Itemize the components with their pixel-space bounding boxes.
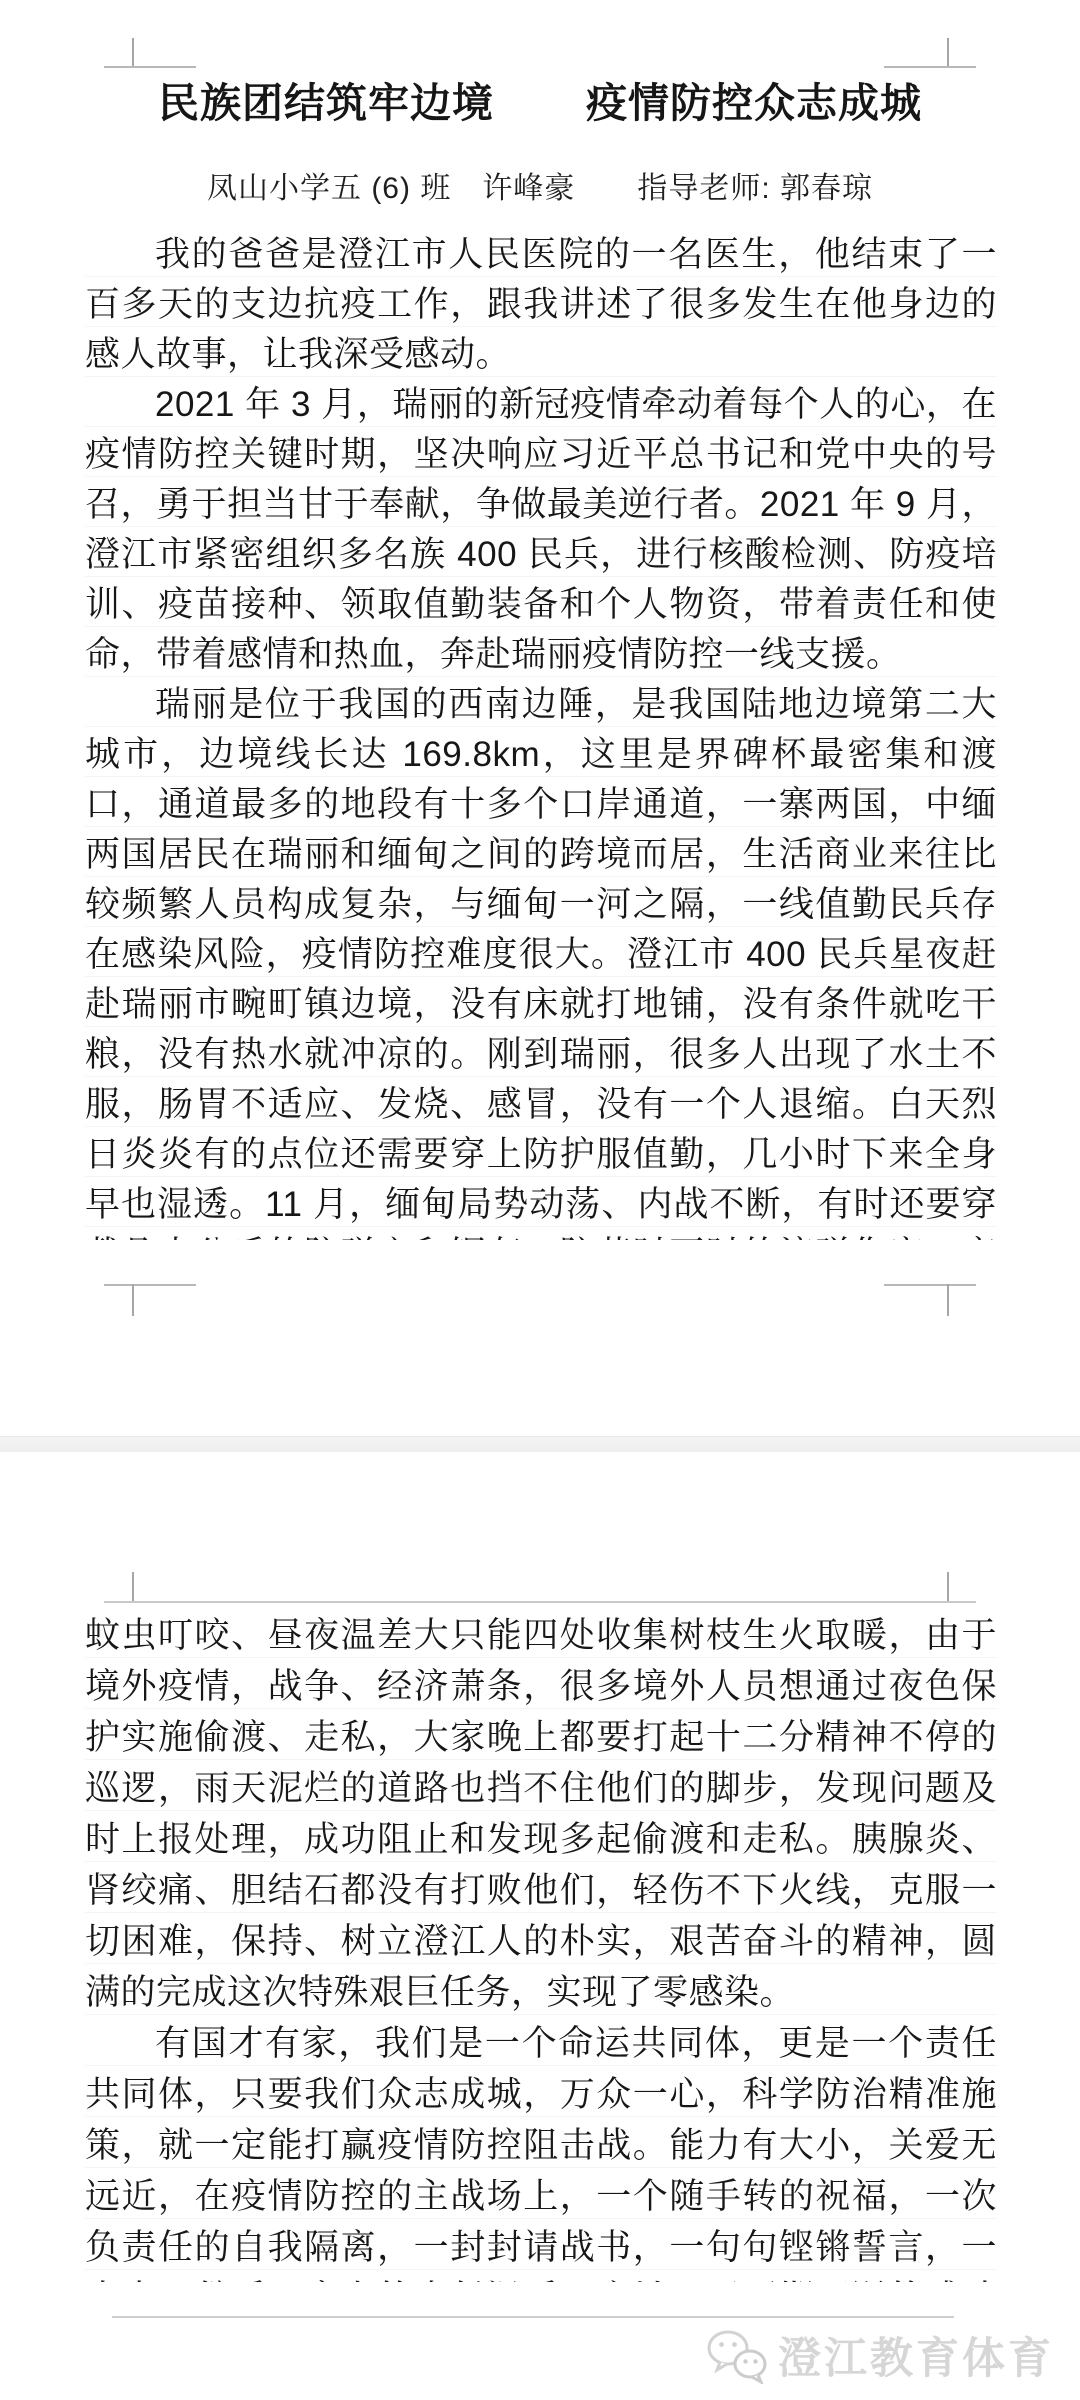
crop-mark-bottom-left-vertical (132, 1284, 134, 1316)
paragraph-5: 有国才有家，我们是一个命运共同体，更是一个责任共同体，只要我们众志成城，万众一心… (85, 2018, 997, 2282)
page2-bottom-margin-rule (112, 2316, 954, 2318)
photo-seam-band (0, 1436, 1080, 1452)
crop-mark-bottom-right-horizontal (884, 1284, 976, 1286)
paragraph-4: 蚊虫叮咬、昼夜温差大只能四处收集树枝生火取暖，由于境外疫情，战争、经济萧条，很多… (85, 1610, 997, 2018)
crop-mark-bottom-right-vertical (947, 1284, 949, 1316)
paragraph-1: 我的爸爸是澄江市人民医院的一名医生，他结束了一百多天的支边抗疫工作，跟我讲述了很… (85, 230, 997, 380)
page2-top-margin-rule (104, 1601, 976, 1603)
crop-mark-top-left-vertical (132, 38, 134, 68)
watermark-label: 澄江教育体育 (778, 2325, 1054, 2386)
essay-title: 民族团结筑牢边境疫情防控众志成城 (0, 70, 1080, 129)
crop-mark-page2-top-left-vertical (132, 1572, 134, 1602)
wechat-icon (706, 2328, 768, 2384)
essay-title-right: 疫情防控众志成城 (586, 80, 922, 126)
crop-mark-bottom-left-horizontal (104, 1284, 196, 1286)
crop-mark-top-right-horizontal (884, 66, 976, 68)
essay-body-page-1: 我的爸爸是澄江市人民医院的一名医生，他结束了一百多天的支边抗疫工作，跟我讲述了很… (85, 230, 997, 1240)
essay-body-page-2: 蚊虫叮咬、昼夜温差大只能四处收集树枝生火取暖，由于境外疫情，战争、经济萧条，很多… (85, 1610, 997, 2282)
essay-byline: 凤山小学五 (6) 班 许峰豪 指导老师: 郭春琼 (0, 163, 1080, 207)
crop-mark-top-right-vertical (947, 38, 949, 68)
essay-title-left: 民族团结筑牢边境 (158, 80, 494, 126)
page-1-photo: 民族团结筑牢边境疫情防控众志成城 凤山小学五 (6) 班 许峰豪 指导老师: 郭… (0, 0, 1080, 1436)
paragraph-3: 瑞丽是位于我国的西南边陲，是我国陆地边境第二大城市，边境线长达 169.8km，… (85, 680, 997, 1240)
document-screenshot: 民族团结筑牢边境疫情防控众志成城 凤山小学五 (6) 班 许峰豪 指导老师: 郭… (0, 0, 1080, 2400)
page-2-photo: 蚊虫叮咬、昼夜温差大只能四处收集树枝生火取暖，由于境外疫情，战争、经济萧条，很多… (0, 1452, 1080, 2400)
crop-mark-page2-top-right-vertical (947, 1572, 949, 1602)
paragraph-2: 2021 年 3 月，瑞丽的新冠疫情牵动着每个人的心，在疫情防控关键时期，坚决响… (85, 380, 997, 680)
crop-mark-top-left-horizontal (104, 66, 196, 68)
watermark: 澄江教育体育 (706, 2325, 1054, 2386)
